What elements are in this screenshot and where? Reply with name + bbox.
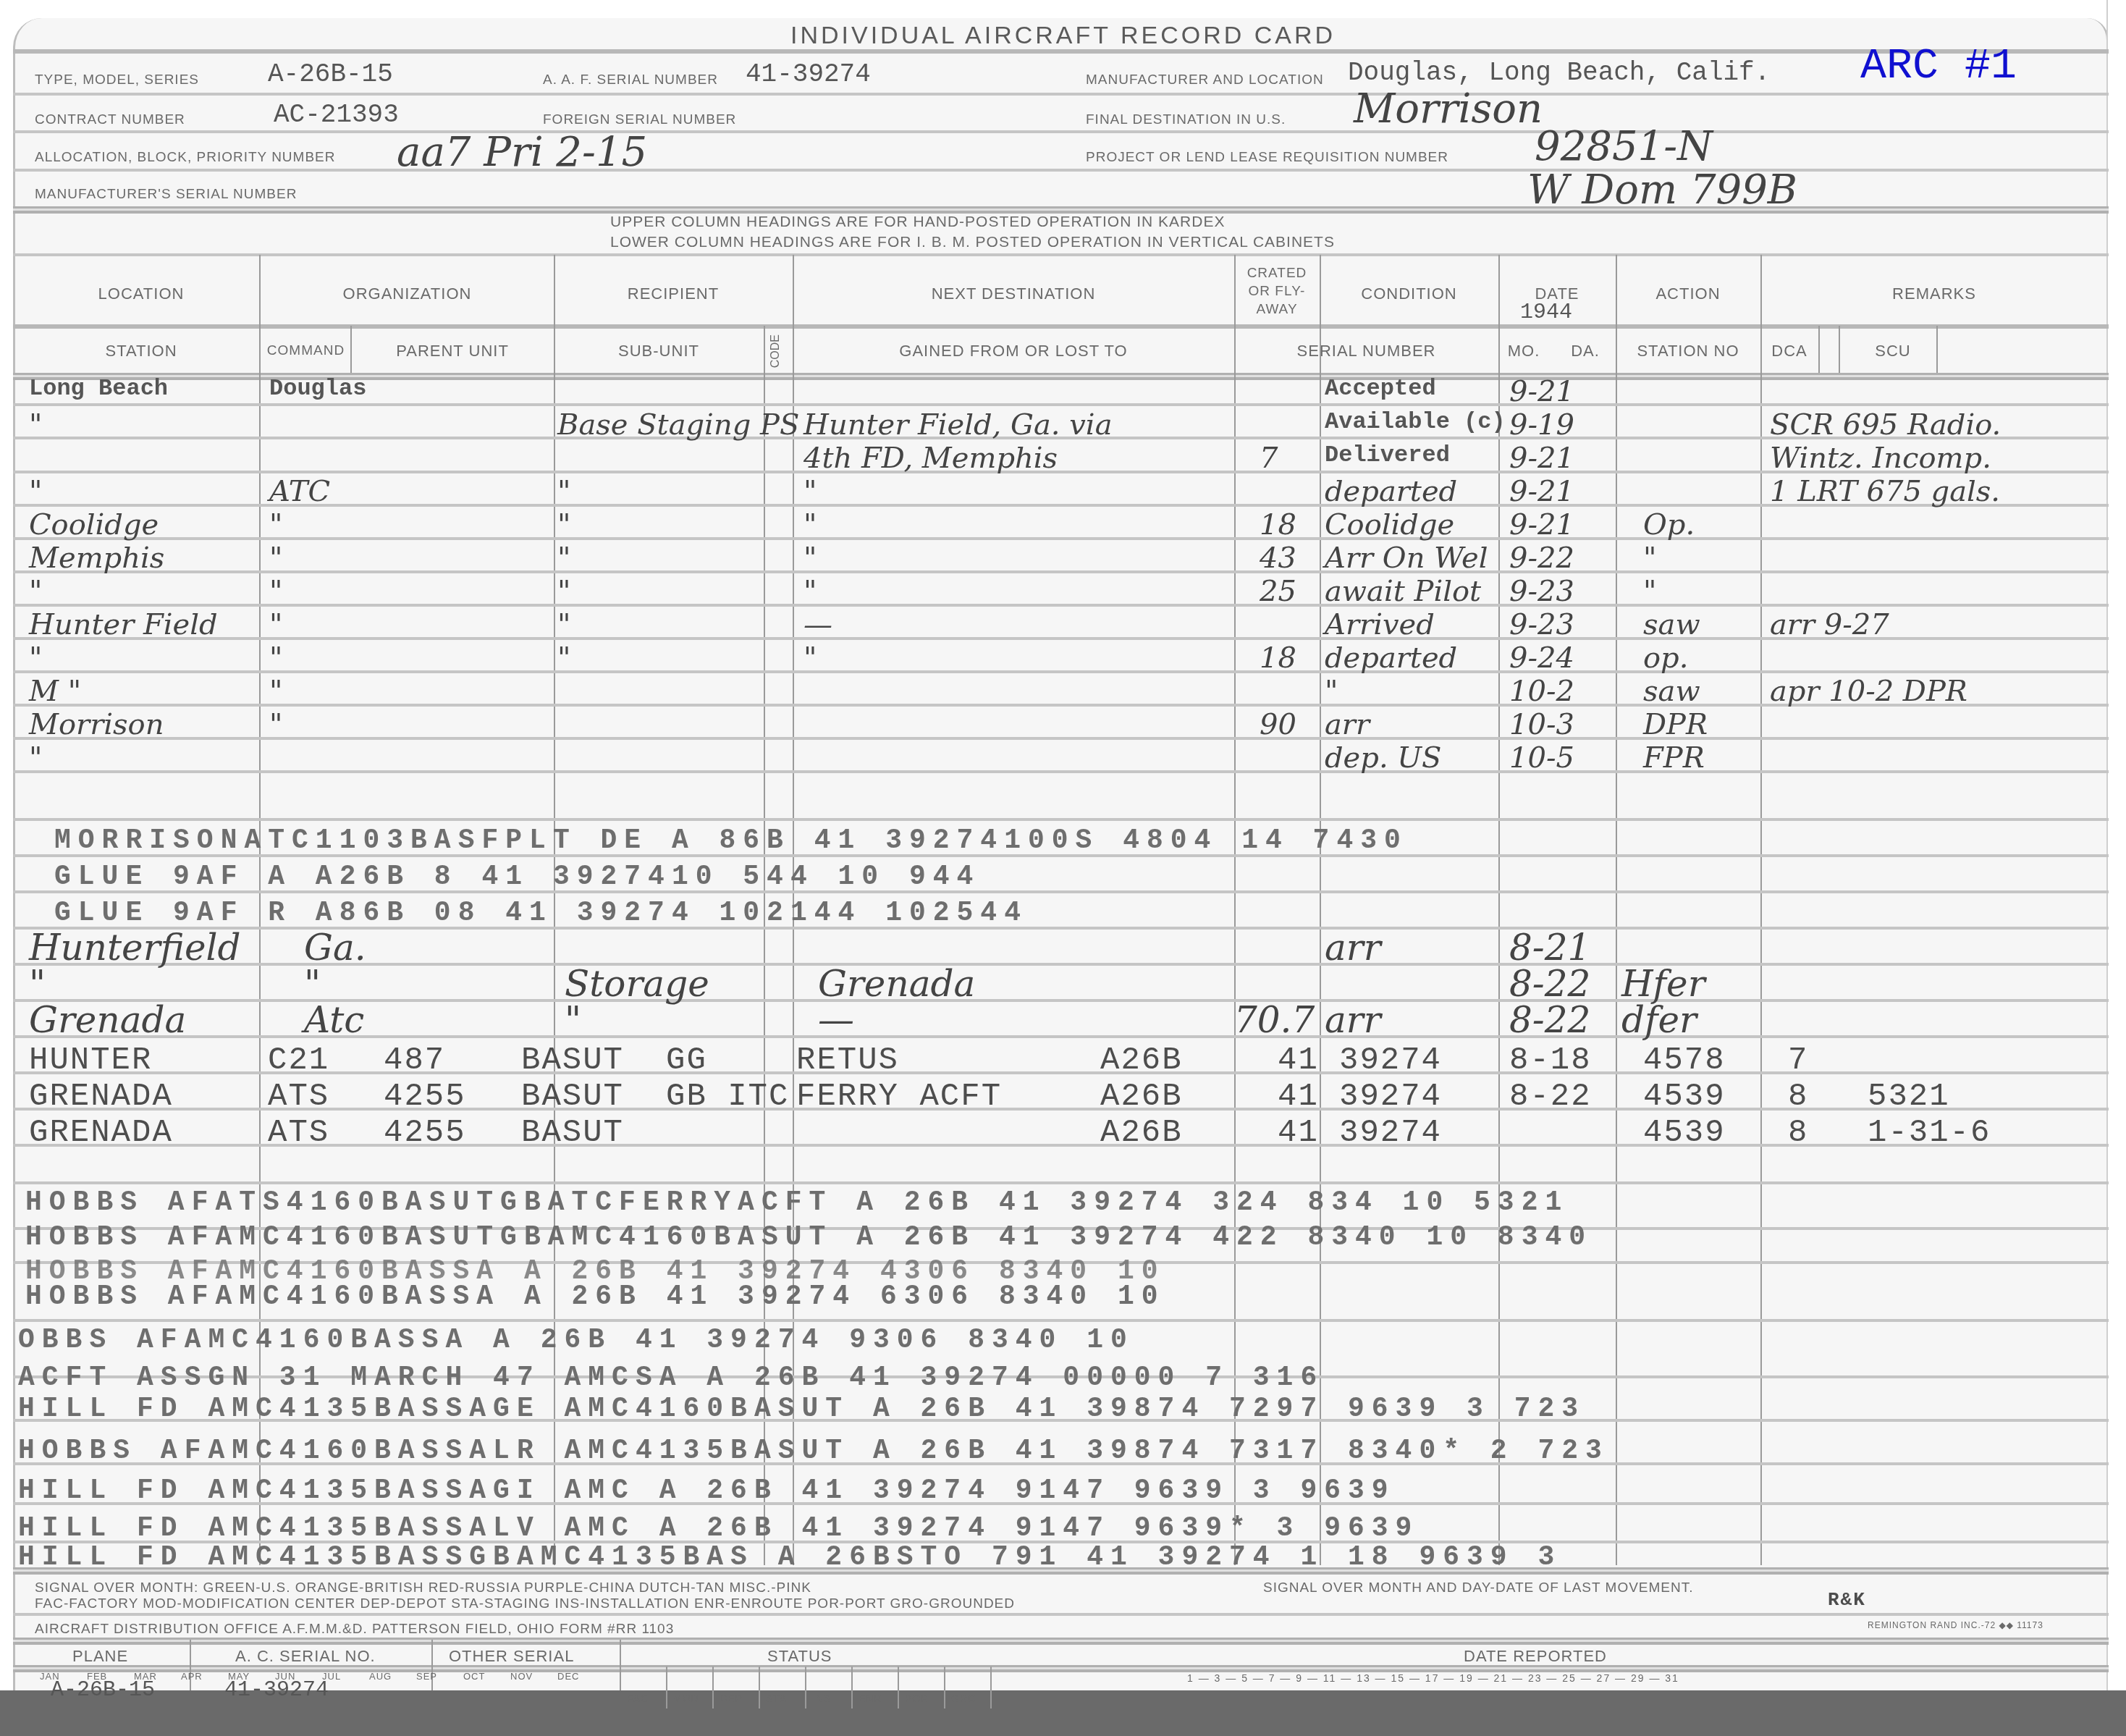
lower-entry-recipient: " <box>565 999 581 1041</box>
stamped-scu: 5321 <box>1868 1079 1950 1115</box>
stamped-sta-no: 4539 <box>1643 1115 1726 1151</box>
row-rule <box>13 737 2109 740</box>
date-year: 1944 <box>1520 300 1572 325</box>
stamped-command: C21 <box>268 1042 329 1079</box>
entry-location: Hunter Field <box>29 608 218 641</box>
stamped-code: GG <box>666 1042 707 1079</box>
entry-action: " <box>1643 542 1656 575</box>
lower-entry-crated: 70.7 <box>1234 999 1315 1041</box>
entry-crated: 25 <box>1260 575 1296 608</box>
status-box-enr: ENR <box>859 1693 882 1704</box>
stamped-station: GRENADA <box>29 1115 173 1151</box>
ibm-line: GLUE 9AF R A86B 08 41 39274 102144 10254… <box>54 898 1028 929</box>
entry-next-destination: 4th FD, Memphis <box>803 442 1058 475</box>
entry-location: Morrison <box>29 708 164 741</box>
aaf-serial-value: 41-39274 <box>746 59 871 89</box>
entry-organization: ATC <box>269 475 330 508</box>
stamped-model: A26B <box>1100 1042 1183 1079</box>
month-oct: OCT <box>463 1671 485 1682</box>
card-title: INDIVIDUAL AIRCRAFT RECORD CARD <box>0 22 2126 50</box>
entry-location: Memphis <box>29 542 164 575</box>
status-divider <box>851 1667 853 1708</box>
entry-date: 9-23 <box>1509 575 1574 608</box>
month-nov: NOV <box>510 1671 533 1682</box>
lower-entry-date: 8-22 <box>1509 999 1590 1041</box>
month-sep: SEP <box>416 1671 437 1682</box>
ibm-line: HOBBS AFAMC4160BASSALR AMC4135BASUT A 26… <box>18 1436 1609 1467</box>
head-serial-number: SERIAL NUMBER <box>1234 342 1498 361</box>
stamped-ser2: 39274 <box>1339 1079 1442 1115</box>
col-divider <box>350 326 352 373</box>
head-sub-unit: SUB-UNIT <box>554 342 764 361</box>
lower-entry-next-destination: — <box>818 999 854 1041</box>
entry-action: DPR <box>1643 708 1708 741</box>
stamped-parent: 4255 <box>384 1079 466 1115</box>
head-parent-unit: PARENT UNIT <box>351 342 554 361</box>
month-dec: DEC <box>557 1671 579 1682</box>
signal-date-note: SIGNAL OVER MONTH AND DAY-DATE OF LAST M… <box>1263 1580 1694 1596</box>
final-destination-value: Morrison <box>1354 85 1543 132</box>
col-divider <box>1498 255 1500 1565</box>
status-divider <box>759 1667 760 1708</box>
entry-date: 9-19 <box>1509 408 1574 442</box>
ibm-line: HILL FD AMC4135BASSALV AMC A 26B 41 3927… <box>18 1513 1419 1544</box>
entry-organization: " <box>269 542 282 575</box>
entry-next-destination: " <box>803 475 817 508</box>
lower-entry-organization: Atc <box>304 999 364 1041</box>
requisition-label: PROJECT OR LEND LEASE REQUISITION NUMBER <box>1086 150 1448 166</box>
entry-location: Coolidge <box>29 508 159 542</box>
stamped-sub: BASUT <box>521 1079 624 1115</box>
head-scu: SCU <box>1853 342 1933 361</box>
entry-location: M " <box>29 675 81 708</box>
row-rule <box>13 1319 2109 1322</box>
entry-recipient: Base Staging PS <box>557 408 799 442</box>
status-box-gro: GRO <box>951 1693 976 1704</box>
entry-remarks: Wintz. Incomp. <box>1770 442 1991 475</box>
stamped-command: ATS <box>268 1079 329 1115</box>
entry-organization: " <box>269 708 282 741</box>
head-organization: ORGANIZATION <box>261 285 554 303</box>
ibm-line: OBBS AFAMC4160BASSA A 26B 41 39274 9306 … <box>18 1325 1134 1356</box>
entry-location: " <box>29 408 42 442</box>
entry-condition: Available (c) <box>1325 408 1506 435</box>
entry-recipient: " <box>557 641 570 675</box>
entry-condition: " <box>1325 675 1338 708</box>
entry-action: Op. <box>1643 508 1695 542</box>
tab-divider <box>431 1640 433 1690</box>
printer-mark: R&K <box>1828 1589 1866 1611</box>
status-divider <box>898 1667 899 1708</box>
entry-next-destination: " <box>803 641 817 675</box>
status-divider <box>990 1667 992 1708</box>
head-condition: CONDITION <box>1320 285 1498 303</box>
entry-condition: Delivered <box>1325 442 1450 468</box>
stamped-ser1: 41 <box>1278 1079 1319 1115</box>
lower-entry-action: dfer <box>1621 999 1697 1041</box>
stamped-model: A26B <box>1100 1079 1183 1115</box>
entry-date: 10-5 <box>1509 741 1574 775</box>
col-divider <box>1616 255 1617 1565</box>
col-divider <box>1760 255 1762 1565</box>
entry-action: FPR <box>1643 741 1705 775</box>
ibm-line: HILL FD AMC4135BASSAGI AMC A 26B 41 3927… <box>18 1475 1396 1507</box>
entry-location: " <box>29 641 42 675</box>
rule <box>13 1638 2109 1645</box>
stamped-dca: 8 <box>1788 1115 1808 1151</box>
entry-organization: " <box>269 675 282 708</box>
tab-divider <box>190 1640 191 1690</box>
entry-next-destination: " <box>803 575 817 608</box>
requisition-value: 92851-N <box>1535 123 1713 170</box>
status-box-mod: MOD <box>673 1693 699 1704</box>
entry-next-destination: " <box>803 508 817 542</box>
foreign-serial-label: FOREIGN SERIAL NUMBER <box>543 112 736 128</box>
tab-status: STATUS <box>767 1647 832 1666</box>
manufacturer-value: Douglas, Long Beach, Calif. <box>1348 58 1770 88</box>
signal-colors-note: SIGNAL OVER MONTH: GREEN-U.S. ORANGE-BRI… <box>35 1580 811 1596</box>
tab-date-reported: DATE REPORTED <box>1464 1647 1607 1666</box>
extra-handwritten: W Dom 799B <box>1527 167 1797 214</box>
status-divider <box>666 1667 667 1708</box>
status-box-ins: INS <box>812 1693 831 1704</box>
ibm-line: ACFT ASSGN 31 MARCH 47 AMCSA A 26B 41 39… <box>18 1362 1324 1394</box>
contract-label: CONTRACT NUMBER <box>35 112 185 128</box>
head-day: DA. <box>1564 342 1607 361</box>
entry-date: 9-21 <box>1509 508 1574 542</box>
entry-remarks: SCR 695 Radio. <box>1770 408 2001 442</box>
stamped-command: ATS <box>268 1115 329 1151</box>
stamped-ser1: 41 <box>1278 1115 1319 1151</box>
entry-date: 9-21 <box>1509 442 1574 475</box>
status-box-sta: STA <box>766 1693 787 1704</box>
status-box-por: POR <box>905 1693 929 1704</box>
rule <box>13 324 2109 329</box>
tab-other-serial: OTHER SERIAL <box>449 1647 574 1666</box>
status-divider <box>944 1667 945 1708</box>
row-rule <box>13 537 2109 540</box>
entry-action: saw <box>1643 608 1700 641</box>
entry-crated: 18 <box>1260 641 1296 675</box>
entry-crated: 18 <box>1260 508 1296 542</box>
card-edge <box>2106 0 2126 1736</box>
ibm-line: GLUE 9AF A A26B 8 41 3927410 544 10 944 <box>54 861 980 893</box>
allocation-label: ALLOCATION, BLOCK, PRIORITY NUMBER <box>35 150 335 166</box>
tab-divider <box>620 1640 621 1690</box>
lower-entry-recipient: Storage <box>565 963 709 1005</box>
office-note: AIRCRAFT DISTRIBUTION OFFICE A.F.M.M.&D.… <box>35 1622 674 1638</box>
head-month: MO. <box>1502 342 1545 361</box>
entry-action: saw <box>1643 675 1700 708</box>
entry-condition: departed <box>1325 475 1457 508</box>
entry-crated: 43 <box>1260 542 1296 575</box>
plane-tab-value: A-26B-15 <box>51 1678 155 1703</box>
entry-remarks: 1 LRT 675 gals. <box>1770 475 2000 508</box>
row-rule <box>13 403 2109 406</box>
rule <box>13 253 2109 256</box>
stamped-scu: 1-31-6 <box>1868 1115 1991 1151</box>
final-destination-label: FINAL DESTINATION IN U.S. <box>1086 112 1286 128</box>
entry-next-destination: — <box>803 608 832 641</box>
row-rule <box>13 818 2109 821</box>
month-aug: AUG <box>369 1671 392 1682</box>
entry-recipient: " <box>557 542 570 575</box>
arc-label: ARC #1 <box>1860 42 2017 91</box>
stamped-parent: 487 <box>384 1042 445 1079</box>
ibm-line: HOBBS AFAMC4160BASSA A 26B 41 39274 6306… <box>25 1281 1165 1312</box>
lower-entry-location: Grenada <box>29 999 186 1041</box>
entry-organization: " <box>269 641 282 675</box>
head-station-no: STATION NO <box>1616 342 1760 361</box>
tab-plane: PLANE <box>72 1647 128 1666</box>
entry-date: 9-23 <box>1509 608 1574 641</box>
head-next-destination: NEXT DESTINATION <box>793 285 1234 303</box>
entry-next-destination: Hunter Field, Ga. via <box>803 408 1113 442</box>
rule <box>13 1613 2109 1616</box>
stamped-gained: RETUS <box>796 1042 899 1079</box>
stamped-station: GRENADA <box>29 1079 173 1115</box>
rule <box>13 93 2109 96</box>
printer-note: REMINGTON RAND INC.-72 ◆◆ 11173 <box>1868 1620 2043 1630</box>
entry-condition: Arrived <box>1325 608 1435 641</box>
entry-condition: departed <box>1325 641 1457 675</box>
stamped-code: GB ITC <box>666 1079 789 1115</box>
head-remarks: REMARKS <box>1760 285 2108 303</box>
status-divider <box>805 1667 806 1708</box>
aaf-serial-label: A. A. F. SERIAL NUMBER <box>543 72 718 88</box>
col-divider <box>1839 326 1840 373</box>
status-codes-note: FAC-FACTORY MOD-MODIFICATION CENTER DEP-… <box>35 1596 1015 1612</box>
entry-organization: " <box>269 508 282 542</box>
manufacturer-label: MANUFACTURER AND LOCATION <box>1086 72 1324 88</box>
stamped-ser2: 39274 <box>1339 1042 1442 1079</box>
entry-condition: Arr On Wel <box>1325 542 1488 575</box>
column-note-lower: LOWER COLUMN HEADINGS ARE FOR I. B. M. P… <box>610 234 1335 251</box>
stamped-dca: 7 <box>1788 1042 1808 1079</box>
entry-organization: Douglas <box>269 375 366 402</box>
column-note-upper: UPPER COLUMN HEADINGS ARE FOR HAND-POSTE… <box>610 214 1225 231</box>
lower-entry-condition: arr <box>1325 999 1381 1041</box>
status-box-fac: FAC <box>627 1693 649 1704</box>
col-divider <box>1818 326 1820 373</box>
head-crated: CRATED OR FLY-AWAY <box>1234 264 1320 319</box>
mfr-serial-label: MANUFACTURER'S SERIAL NUMBER <box>35 187 297 203</box>
head-command: COMMAND <box>261 343 351 359</box>
ibm-line: HILL FD AMC4135BASSGBAMC4135BAS A 26BSTO… <box>18 1542 1561 1573</box>
stamped-station: HUNTER <box>29 1042 152 1079</box>
entry-organization: " <box>269 608 282 641</box>
contract-value: AC-21393 <box>274 100 399 130</box>
entry-recipient: " <box>557 608 570 641</box>
entry-location: " <box>29 575 42 608</box>
stamped-dca: 8 <box>1788 1079 1808 1115</box>
row-rule <box>13 770 2109 773</box>
head-dca: DCA <box>1760 342 1818 361</box>
entry-crated: 7 <box>1260 442 1278 475</box>
stamped-ser2: 39274 <box>1339 1115 1442 1151</box>
row-rule <box>13 570 2109 573</box>
rule <box>13 49 2109 54</box>
ibm-line: HOBBS AFATS4160BASUTGBATCFERRYACFT A 26B… <box>25 1187 1569 1218</box>
stamped-sta-no: 4578 <box>1643 1042 1726 1079</box>
entry-condition: dep. US <box>1325 741 1441 775</box>
entry-condition: arr <box>1325 708 1370 741</box>
stamped-date: 8-18 <box>1509 1042 1592 1079</box>
ibm-line: MORRISONATC1103BASFPLT DE A 86B 41 39274… <box>54 825 1408 856</box>
stamped-gained: FERRY ACFT <box>796 1079 1002 1115</box>
ibm-line: HILL FD AMC4135BASSAGE AMC4160BASUT A 26… <box>18 1394 1585 1425</box>
entry-condition: Coolidge <box>1325 508 1454 542</box>
stamped-parent: 4255 <box>384 1115 466 1151</box>
status-box-dep: DEP <box>720 1693 743 1704</box>
entry-date: 9-22 <box>1509 542 1574 575</box>
col-divider <box>1936 326 1938 373</box>
entry-recipient: " <box>557 575 570 608</box>
serial-tab-value: 41-39274 <box>224 1678 329 1703</box>
entry-date: 9-21 <box>1509 475 1574 508</box>
entry-date: 9-21 <box>1509 375 1574 408</box>
lower-entry-condition: arr <box>1325 927 1381 969</box>
month-apr: APR <box>181 1671 203 1682</box>
entry-remarks: arr 9-27 <box>1770 608 1889 641</box>
entry-recipient: " <box>557 475 570 508</box>
stamped-sta-no: 4539 <box>1643 1079 1726 1115</box>
head-action: ACTION <box>1616 285 1760 303</box>
entry-location: " <box>29 475 42 508</box>
stamped-model: A26B <box>1100 1115 1183 1151</box>
type-model-value: A-26B-15 <box>268 59 393 89</box>
stamped-date: 8-22 <box>1509 1079 1592 1115</box>
type-model-label: TYPE, MODEL, SERIES <box>35 72 199 88</box>
entry-action: " <box>1643 575 1656 608</box>
ibm-line: HOBBS AFAMC4160BASUTGBAMC4160BASUT A 26B… <box>25 1222 1593 1253</box>
entry-location: " <box>29 741 42 775</box>
entry-crated: 90 <box>1260 708 1296 741</box>
head-recipient: RECIPIENT <box>554 285 793 303</box>
row-rule <box>13 604 2109 607</box>
row-rule <box>13 1181 2109 1184</box>
tab-serial: A. C. SERIAL NO. <box>235 1647 376 1666</box>
entry-recipient: " <box>557 508 570 542</box>
head-station: STATION <box>22 342 261 361</box>
entry-date: 10-2 <box>1509 675 1574 708</box>
entry-action: op. <box>1643 641 1688 675</box>
entry-organization: " <box>269 575 282 608</box>
lower-entry-location: Hunterfield <box>29 927 241 969</box>
entry-next-destination: " <box>803 542 817 575</box>
entry-remarks: apr 10-2 DPR <box>1770 675 1967 708</box>
day-scale: 1 — 3 — 5 — 7 — 9 — 11 — 13 — 15 — 17 — … <box>1187 1672 1679 1684</box>
entry-date: 10-3 <box>1509 708 1574 741</box>
entry-date: 9-24 <box>1509 641 1574 675</box>
head-location: LOCATION <box>22 285 261 303</box>
entry-location: Long Beach <box>29 375 168 402</box>
rule <box>13 130 2109 133</box>
stamped-sub: BASUT <box>521 1115 624 1151</box>
entry-condition: Accepted <box>1325 375 1436 402</box>
entry-condition: await Pilot <box>1325 575 1481 608</box>
stamped-sub: BASUT <box>521 1042 624 1079</box>
head-code: CODE <box>769 334 783 368</box>
status-divider <box>712 1667 714 1708</box>
row-rule <box>13 670 2109 673</box>
head-gained-lost: GAINED FROM OR LOST TO <box>793 342 1234 361</box>
stamped-ser1: 41 <box>1278 1042 1319 1079</box>
